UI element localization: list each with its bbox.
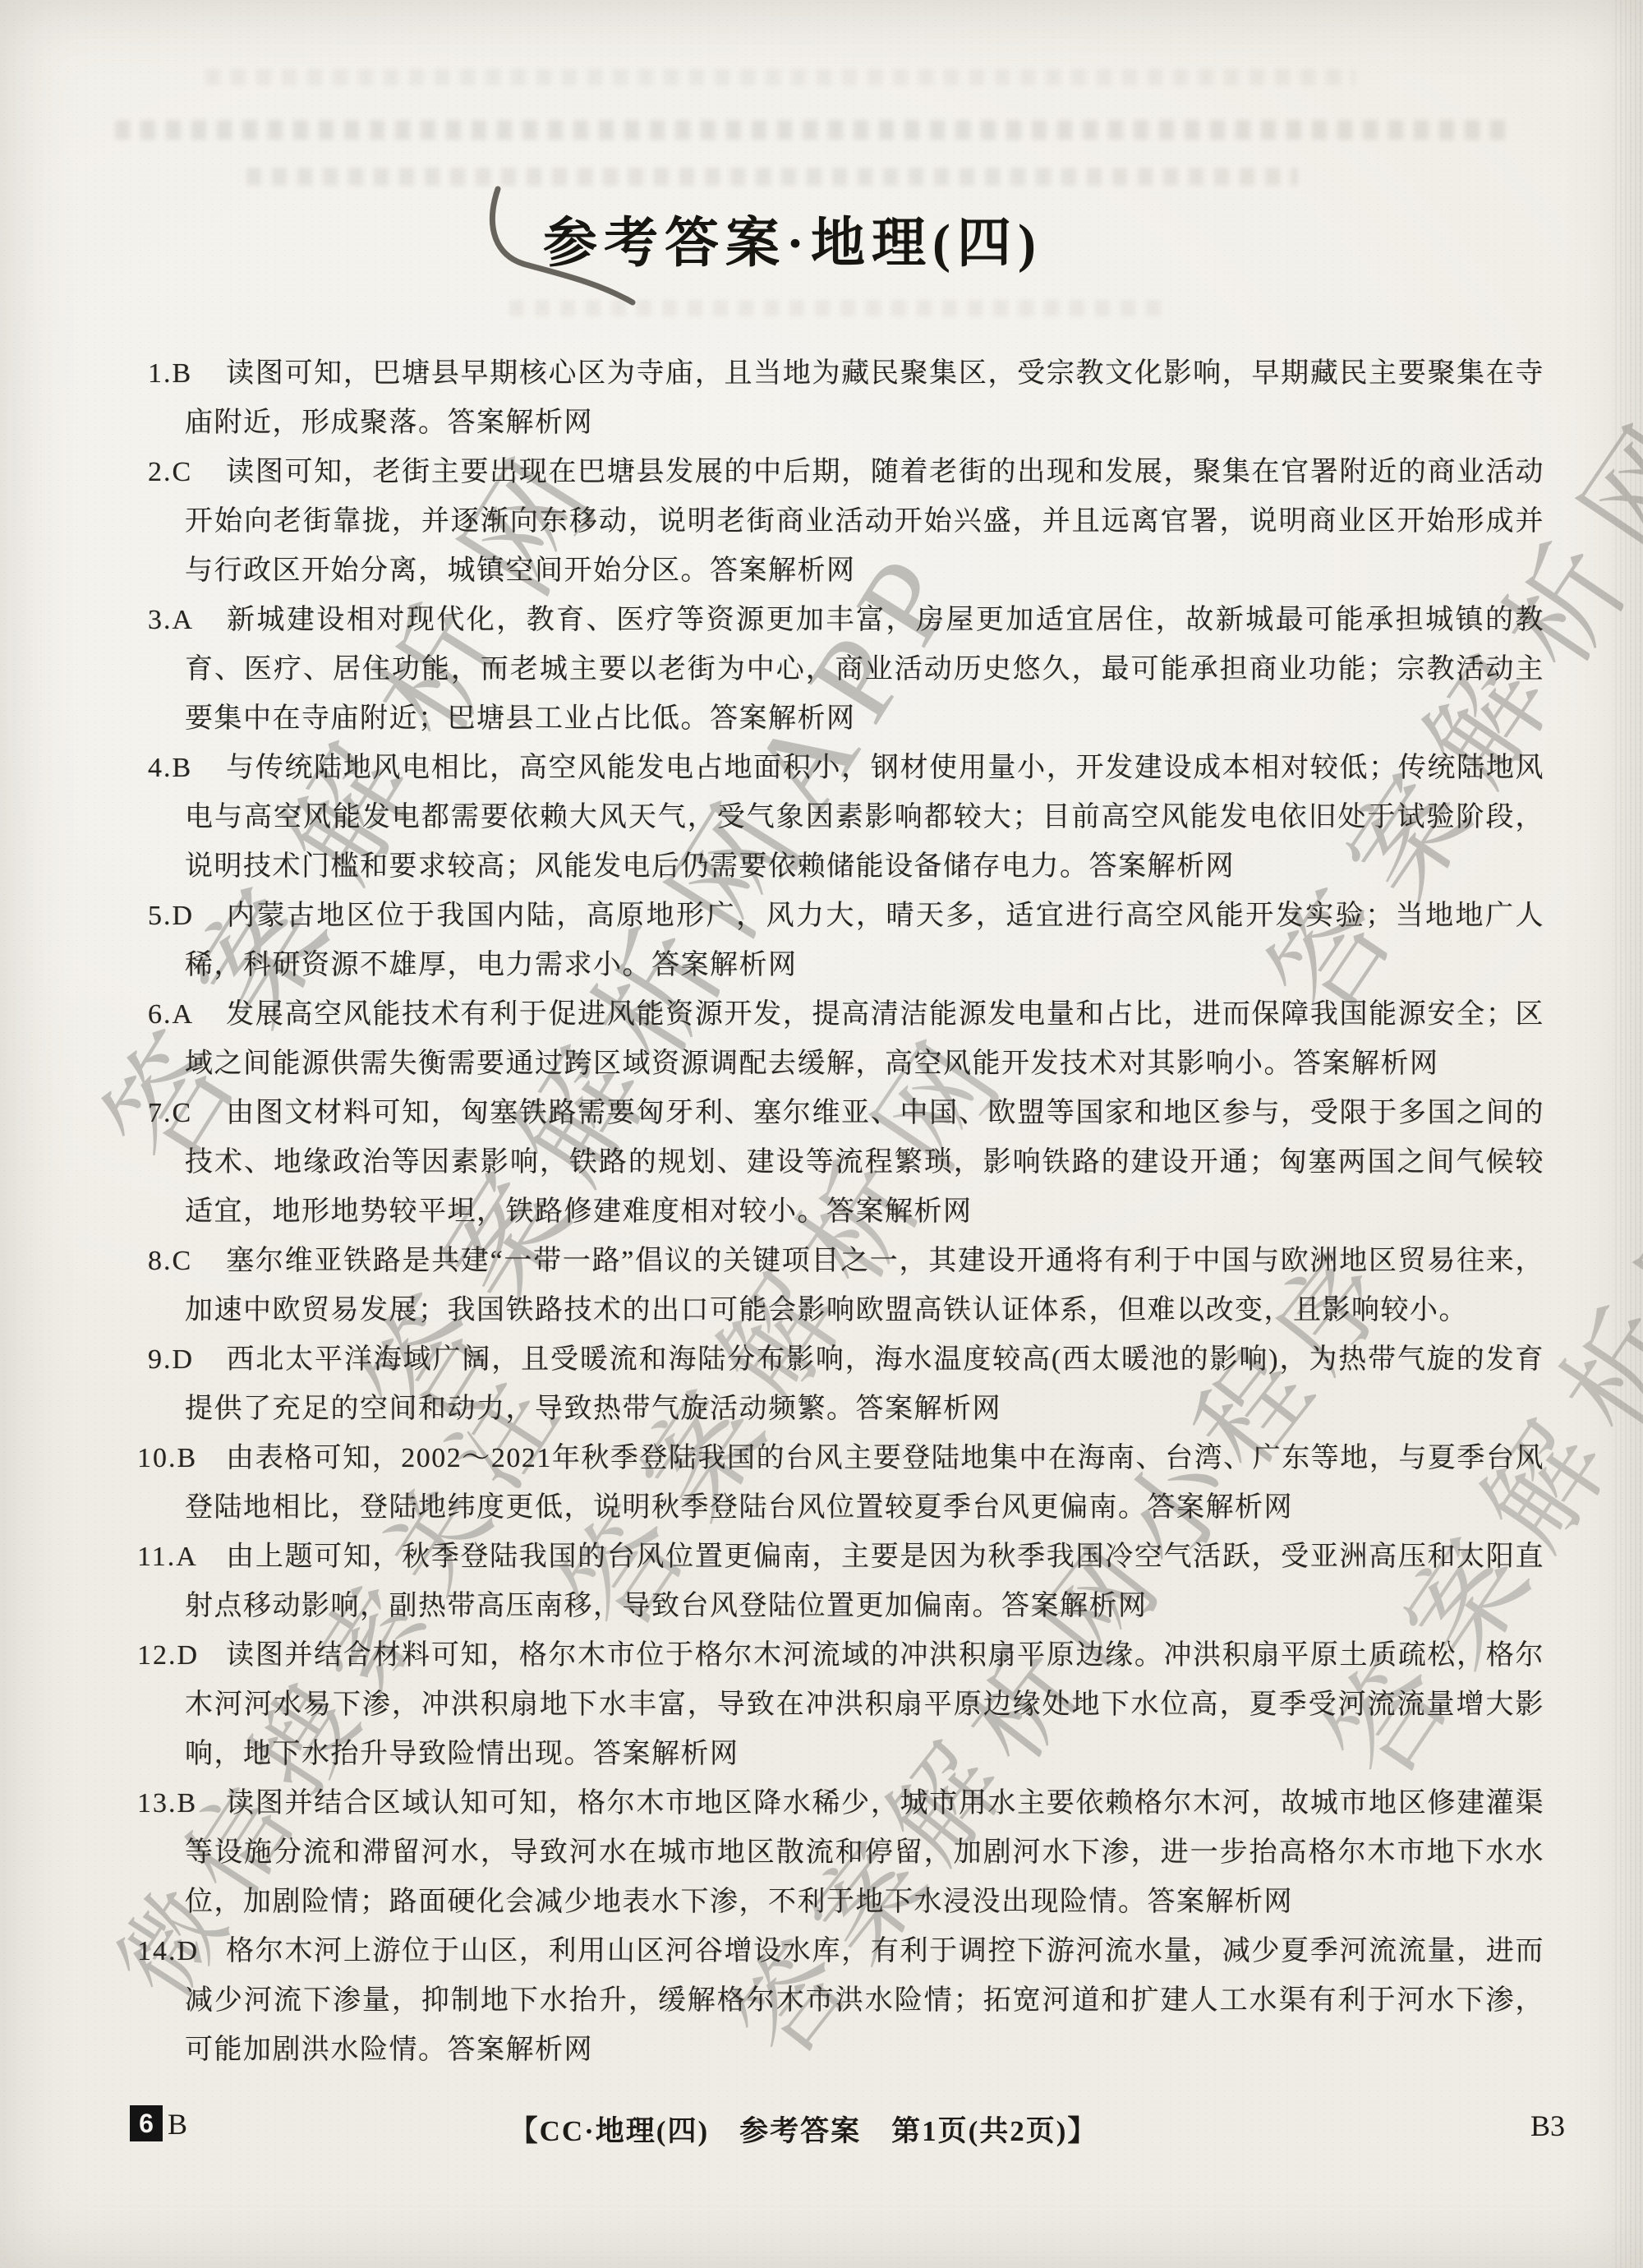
answer-item: 3.A新城建设相对现代化，教育、医疗等资源更加丰富，房屋更加适宜居住，故新城最可… (185, 596, 1544, 744)
answer-text: 塞尔维亚铁路是共建“一带一路”倡议的关键项目之一，其建设开通将有利于中国与欧洲地… (185, 1246, 1544, 1325)
scan-edge-streaks (1615, 0, 1643, 2268)
answer-number: 12.D (137, 1631, 226, 1680)
answer-item: 13.B读图并结合区域认知可知，格尔木市地区降水稀少，城市用水主要依赖格尔木河，… (185, 1779, 1544, 1927)
answer-text: 读图可知，老街主要出现在巴塘县发展的中后期，随着老街的出现和发展，聚集在官署附近… (185, 457, 1544, 586)
answer-list: 1.B读图可知，巴塘县早期核心区为寺庙，且当地为藏民聚集区，受宗教文化影响，早期… (185, 349, 1544, 2075)
answer-item: 11.A由上题可知，秋季登陆我国的台风位置更偏南，主要是因为秋季我国冷空气活跃，… (185, 1533, 1544, 1631)
answer-text: 由上题可知，秋季登陆我国的台风位置更偏南，主要是因为秋季我国冷空气活跃，受亚洲高… (185, 1542, 1544, 1621)
answer-text: 内蒙古地区位于我国内陆，高原地形广，风力大，晴天多，适宜进行高空风能开发实验；当… (185, 901, 1544, 980)
answer-text: 由图文材料可知，匈塞铁路需要匈牙利、塞尔维亚、中国、欧盟等国家和地区参与，受限于… (185, 1098, 1544, 1227)
answer-item: 8.C塞尔维亚铁路是共建“一带一路”倡议的关键项目之一，其建设开通将有利于中国与… (185, 1237, 1544, 1335)
footer-center-caption: 【CC·地理(四) 参考答案 第1页(共2页)】 (0, 2109, 1625, 2150)
answer-item: 5.D内蒙古地区位于我国内陆，高原地形广，风力大，晴天多，适宜进行高空风能开发实… (185, 892, 1544, 990)
bleed-through-smudge (115, 120, 1512, 140)
answer-number: 2.C (148, 448, 226, 497)
answer-item: 12.D读图并结合材料可知，格尔木市位于格尔木河流域的冲洪积扇平原边缘。冲洪积扇… (185, 1631, 1544, 1779)
answer-text: 与传统陆地风电相比，高空风能发电占地面积小，钢材使用量小，开发建设成本相对较低；… (185, 753, 1544, 882)
answer-item: 6.A发展高空风能技术有利于促进风能资源开发，提高清洁能源发电量和占比，进而保障… (185, 990, 1544, 1089)
answer-number: 13.B (137, 1779, 226, 1828)
answer-number: 8.C (148, 1237, 226, 1286)
bleed-through-smudge (205, 69, 1355, 85)
answer-number: 10.B (137, 1434, 226, 1483)
answer-item: 2.C读图可知，老街主要出现在巴塘县发展的中后期，随着老街的出现和发展，聚集在官… (185, 448, 1544, 596)
answer-number: 7.C (148, 1089, 226, 1138)
answer-text: 由表格可知，2002～2021年秋季登陆我国的台风主要登陆地集中在海南、台湾、广… (185, 1443, 1544, 1523)
answer-item: 1.B读图可知，巴塘县早期核心区为寺庙，且当地为藏民聚集区，受宗教文化影响，早期… (185, 349, 1544, 448)
answer-text: 读图并结合区域认知可知，格尔木市地区降水稀少，城市用水主要依赖格尔木河，故城市地… (185, 1788, 1544, 1917)
answer-number: 11.A (137, 1533, 226, 1582)
footer-right-code: B3 (1530, 2109, 1565, 2143)
answer-number: 14.D (137, 1927, 226, 1976)
answer-text: 新城建设相对现代化，教育、医疗等资源更加丰富，房屋更加适宜居住，故新城最可能承担… (185, 605, 1544, 734)
answer-text: 读图并结合材料可知，格尔木市位于格尔木河流域的冲洪积扇平原边缘。冲洪积扇平原土质… (185, 1640, 1544, 1769)
answer-item: 7.C由图文材料可知，匈塞铁路需要匈牙利、塞尔维亚、中国、欧盟等国家和地区参与，… (185, 1089, 1544, 1237)
answer-number: 1.B (148, 349, 226, 399)
answer-number: 3.A (148, 596, 226, 645)
answer-item: 10.B由表格可知，2002～2021年秋季登陆我国的台风主要登陆地集中在海南、… (185, 1434, 1544, 1533)
answer-item: 4.B与传统陆地风电相比，高空风能发电占地面积小，钢材使用量小，开发建设成本相对… (185, 744, 1544, 892)
answer-text: 发展高空风能技术有利于促进风能资源开发，提高清洁能源发电量和占比，进而保障我国能… (185, 999, 1544, 1079)
page-title: 参考答案·地理(四) (0, 199, 1614, 277)
answer-item: 9.D西北太平洋海域广阔，且受暖流和海陆分布影响，海水温度较高(西太暖池的影响)… (185, 1335, 1544, 1434)
answer-item: 14.D格尔木河上游位于山区，利用山区河谷增设水库，有利于调控下游河流水量，减少… (185, 1927, 1544, 2075)
page-footer: 6B 【CC·地理(四) 参考答案 第1页(共2页)】 B3 (0, 2104, 1643, 2153)
bleed-through-smudge (246, 168, 1298, 186)
pen-stroke-mark (483, 186, 647, 309)
answer-number: 9.D (148, 1335, 226, 1385)
answer-text: 西北太平洋海域广阔，且受暖流和海陆分布影响，海水温度较高(西太暖池的影响)，为热… (185, 1344, 1544, 1424)
scanned-answer-sheet: 答案解析网 答案解析网APP 答案解析网 答案解析网 微信搜索关注 答案解析网小… (0, 0, 1643, 2268)
answer-number: 5.D (148, 892, 226, 941)
answer-text: 格尔木河上游位于山区，利用山区河谷增设水库，有利于调控下游河流水量，减少夏季河流… (185, 1936, 1544, 2065)
answer-number: 4.B (148, 744, 226, 793)
answer-number: 6.A (148, 990, 226, 1039)
answer-text: 读图可知，巴塘县早期核心区为寺庙，且当地为藏民聚集区，受宗教文化影响，早期藏民主… (185, 358, 1544, 438)
